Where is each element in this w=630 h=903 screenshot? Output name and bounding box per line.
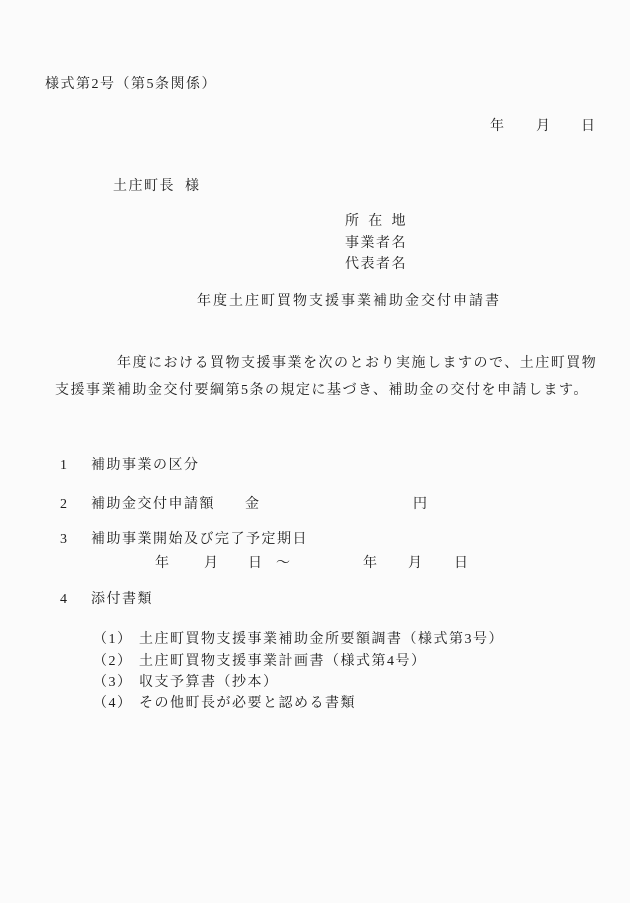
applicant-representative-label: 代表者名 bbox=[345, 257, 407, 274]
document-title: 年度土庄町買物支援事業補助金交付申請書 bbox=[197, 294, 501, 311]
period-start-day-label: 日 bbox=[248, 556, 264, 573]
period-start-month-label: 月 bbox=[204, 556, 220, 573]
body-paragraph-line1: 年度における買物支援事業を次のとおり実施しますので、土庄町買物 bbox=[117, 356, 597, 373]
item-3-number: 3 bbox=[60, 532, 69, 549]
item-4-label: 添付書類 bbox=[91, 592, 153, 609]
item-1-row: 1 補助事業の区分 bbox=[0, 458, 630, 478]
addressee-line: 土庄町長様 bbox=[93, 162, 201, 212]
honorific-label: 様 bbox=[185, 179, 201, 194]
item-2-number: 2 bbox=[60, 497, 69, 514]
date-line: 年 月 日 bbox=[0, 119, 630, 139]
item-2-row: 2 補助金交付申請額 金 円 bbox=[0, 497, 630, 517]
item-4-row: 4 添付書類 bbox=[0, 592, 630, 612]
amount-prefix-label: 金 bbox=[245, 497, 261, 514]
attachment-row-4: （4）その他町長が必要と認める書類 bbox=[73, 679, 356, 729]
period-end-month-label: 月 bbox=[408, 556, 424, 573]
attachment-4-number: （4） bbox=[93, 696, 139, 713]
item-3-row: 3 補助事業開始及び完了予定期日 bbox=[0, 532, 630, 552]
body-paragraph-line2: 支援事業補助金交付要綱第5条の規定に基づき、補助金の交付を申請します。 bbox=[55, 383, 589, 400]
period-start-year-label: 年 bbox=[155, 556, 171, 573]
item-3-period-row: 年 月 日 ～ 年 月 日 bbox=[0, 556, 630, 576]
document-page: 様式第2号（第5条関係） 年 月 日 土庄町長様 所在地 事業者名 代表者名 年… bbox=[0, 0, 630, 903]
addressee-name: 土庄町長 bbox=[113, 179, 175, 194]
item-1-number: 1 bbox=[60, 458, 69, 475]
item-1-label: 補助事業の区分 bbox=[91, 458, 200, 475]
applicant-address-line: 所在地 bbox=[325, 197, 407, 218]
item-4-number: 4 bbox=[60, 592, 69, 609]
form-number-label: 様式第2号（第5条関係） bbox=[45, 77, 217, 94]
applicant-business-name-line: 事業者名 bbox=[325, 219, 407, 240]
attachment-4-text: その他町長が必要と認める書類 bbox=[139, 696, 356, 711]
date-month-label: 月 bbox=[536, 119, 552, 136]
applicant-representative-line: 代表者名 bbox=[325, 240, 407, 261]
amount-suffix-label: 円 bbox=[413, 497, 429, 514]
period-end-day-label: 日 bbox=[454, 556, 470, 573]
date-day-label: 日 bbox=[581, 119, 597, 136]
date-year-label: 年 bbox=[490, 119, 506, 136]
item-2-label: 補助金交付申請額 bbox=[91, 497, 215, 514]
item-3-label: 補助事業開始及び完了予定期日 bbox=[91, 532, 308, 549]
period-end-year-label: 年 bbox=[363, 556, 379, 573]
period-tilde-separator: ～ bbox=[276, 556, 292, 573]
